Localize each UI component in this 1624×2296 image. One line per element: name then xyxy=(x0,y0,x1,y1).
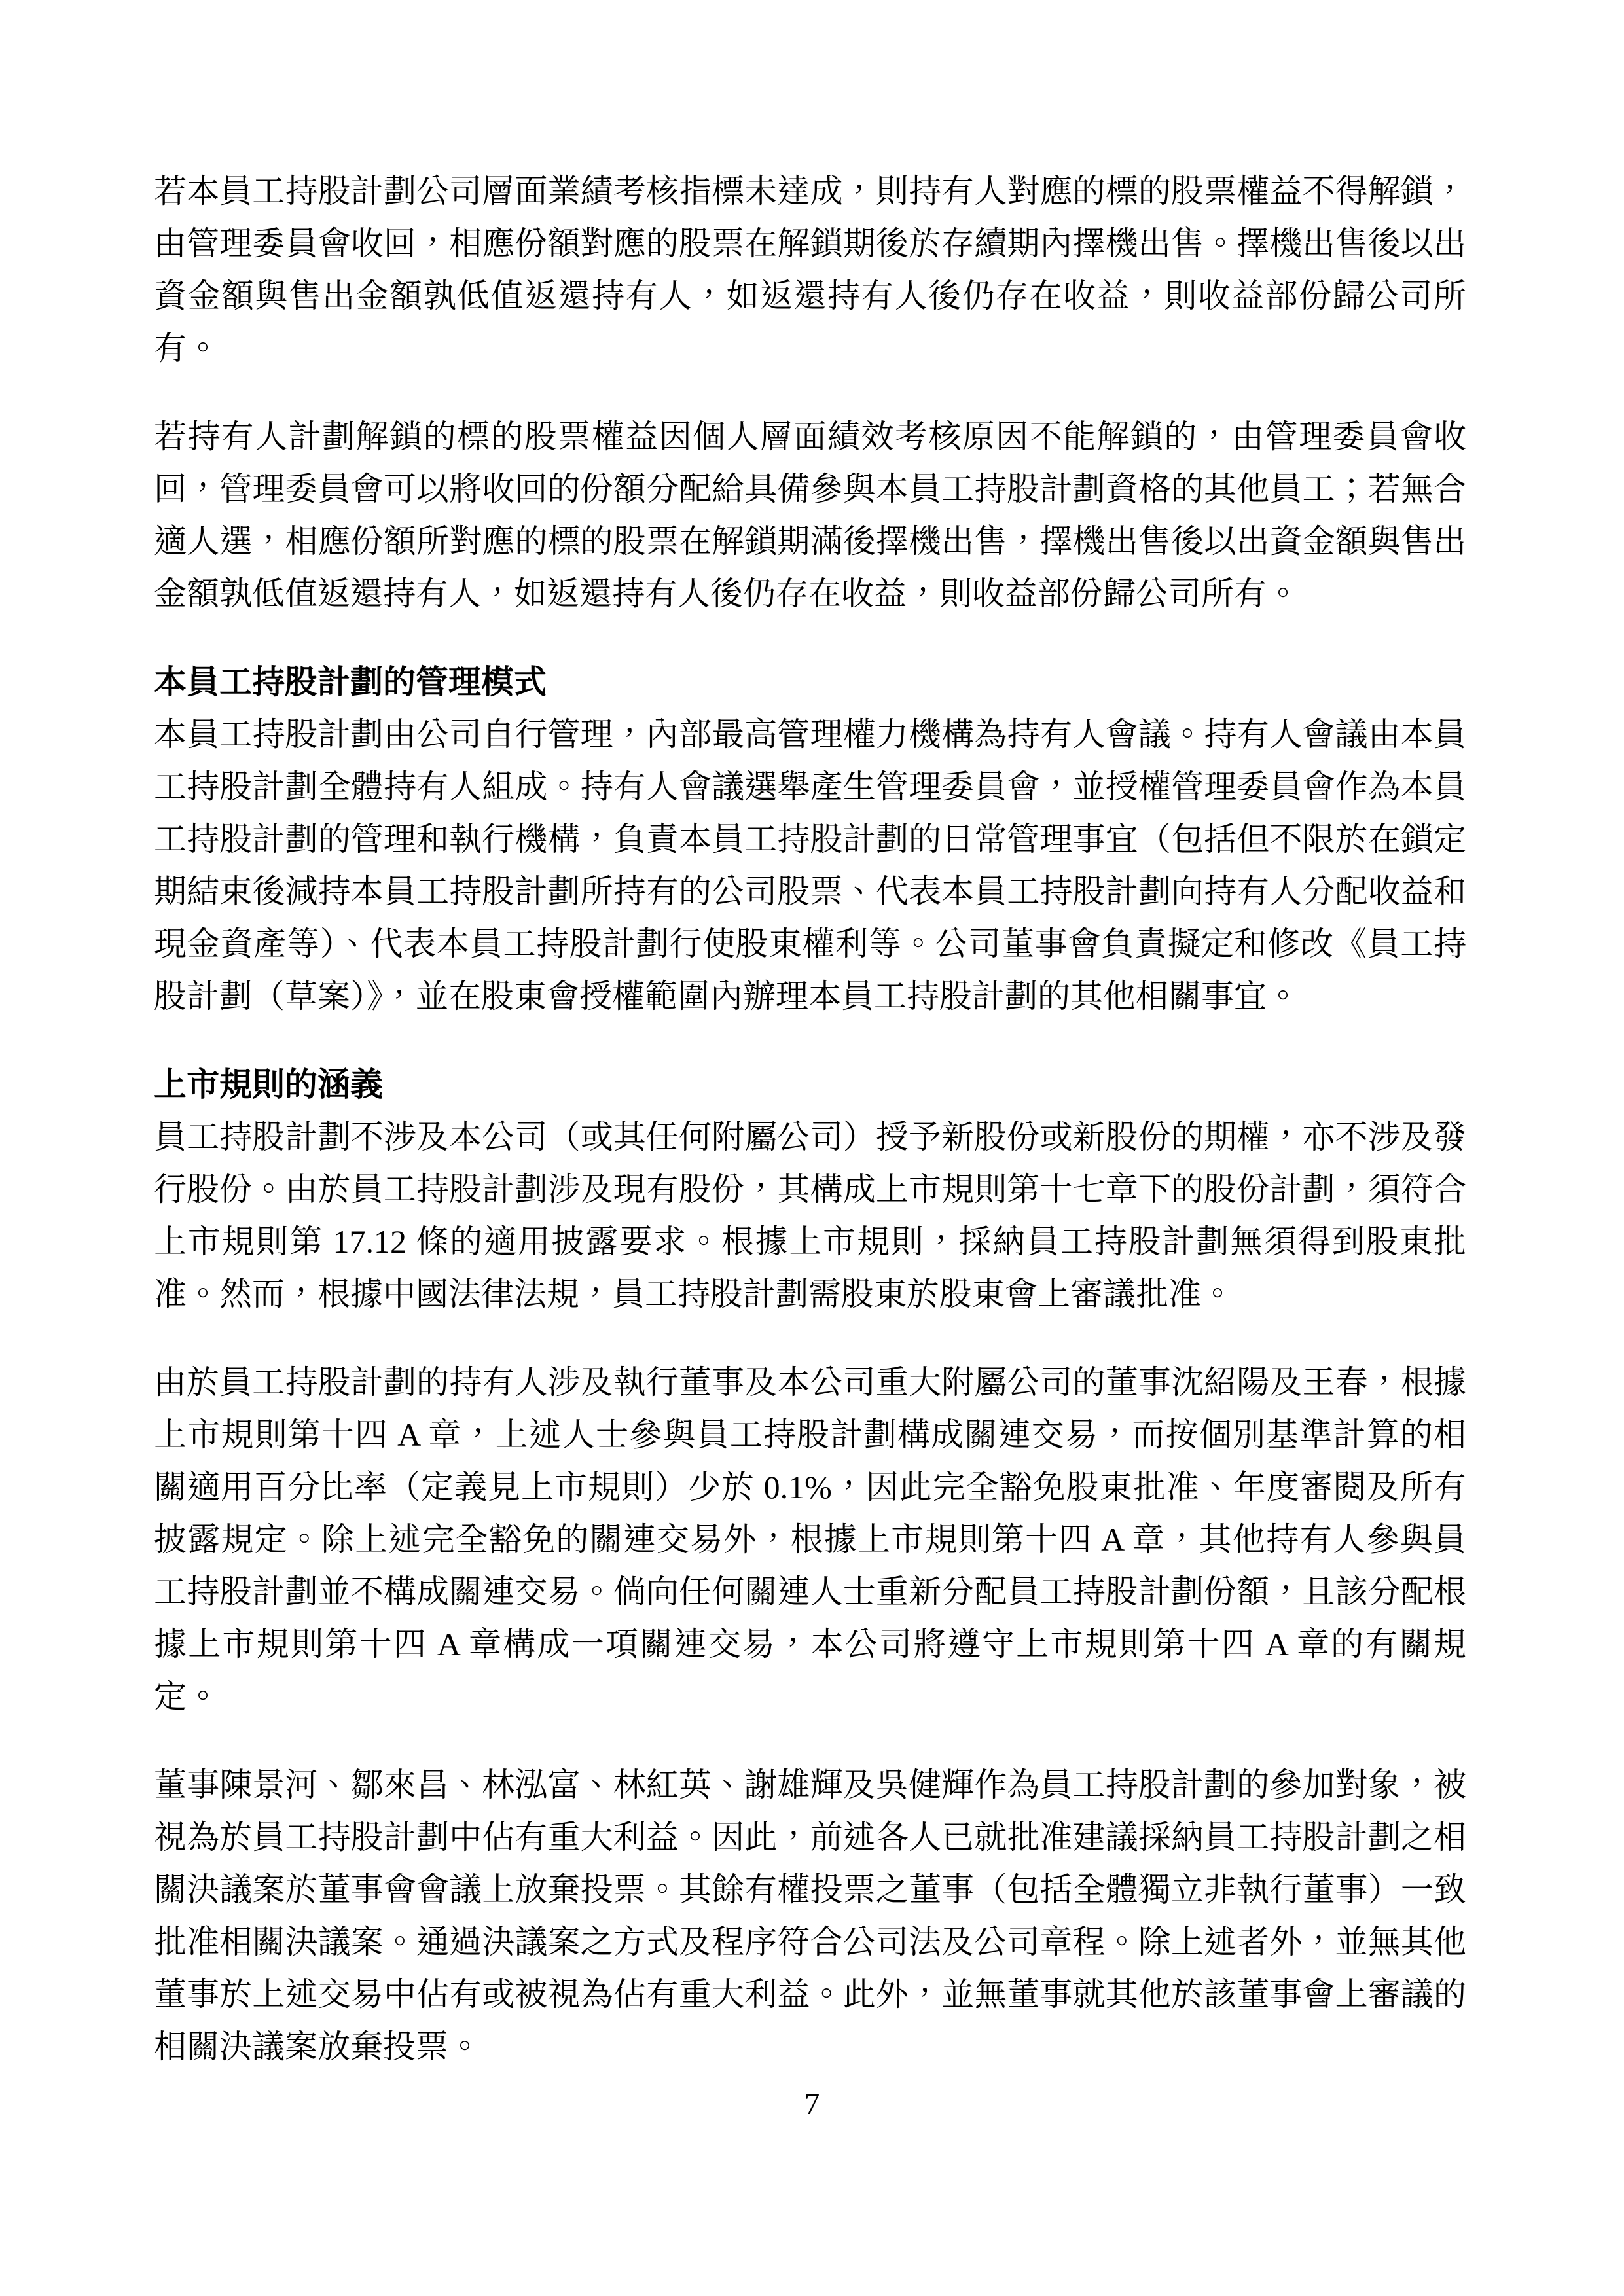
heading-management-model: 本員工持股計劃的管理模式 xyxy=(154,656,1466,708)
para-connected-transactions: 由於員工持股計劃的持有人涉及執行董事及本公司重大附屬公司的董事沈紹陽及王春，根據… xyxy=(154,1356,1466,1723)
para-management-model: 本員工持股計劃由公司自行管理，內部最高管理權力機構為持有人會議。持有人會議由本員… xyxy=(154,708,1466,1022)
heading-listing-rules-implication: 上市規則的涵義 xyxy=(154,1058,1466,1111)
document-page: 若本員工持股計劃公司層面業績考核指標未達成，則持有人對應的標的股票權益不得解鎖，… xyxy=(0,0,1624,2296)
page-body: 若本員工持股計劃公司層面業績考核指標未達成，則持有人對應的標的股票權益不得解鎖，… xyxy=(154,165,1466,2073)
para-directors-abstention: 董事陳景河、鄒來昌、林泓富、林紅英、謝雄輝及吳健輝作為員工持股計劃的參加對象，被… xyxy=(154,1759,1466,2073)
para-listing-rules-implication: 員工持股計劃不涉及本公司（或其任何附屬公司）授予新股份或新股份的期權，亦不涉及發… xyxy=(154,1111,1466,1320)
para-individual-performance-unlock: 若持有人計劃解鎖的標的股票權益因個人層面績效考核原因不能解鎖的，由管理委員會收回… xyxy=(154,410,1466,620)
para-company-performance-unlock: 若本員工持股計劃公司層面業績考核指標未達成，則持有人對應的標的股票權益不得解鎖，… xyxy=(154,165,1466,374)
page-number: 7 xyxy=(0,2085,1624,2124)
